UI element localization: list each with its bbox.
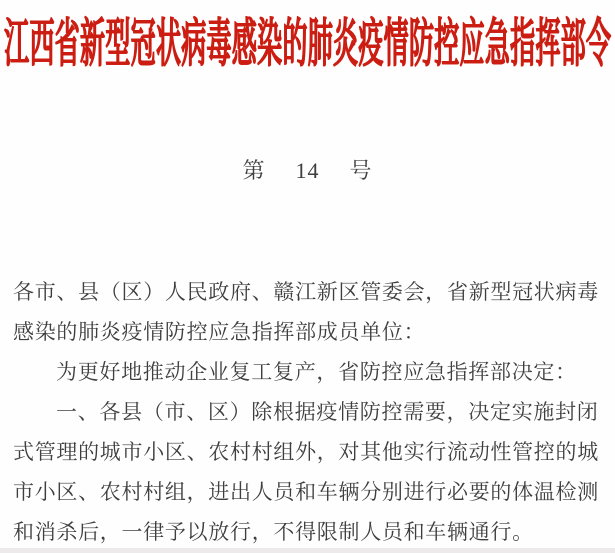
order-number: 第14号	[0, 155, 615, 187]
body-line-2: 感染的肺炎疫情防控应急指挥部成员单位：	[13, 312, 605, 352]
order-number-value: 14	[296, 158, 320, 183]
body-line-5: 式管理的城市小区、农村村组外，对其他实行流动性管控的城	[13, 432, 605, 472]
document-body: 各市、县（区）人民政府、赣江新区管委会，省新型冠状病毒 感染的肺炎疫情防控应急指…	[13, 272, 605, 552]
body-line-7: 和消杀后，一律予以放行，不得限制人员和车辆通行。	[13, 512, 605, 552]
document-page: 江西省新型冠状病毒感染的肺炎疫情防控应急指挥部令 第14号 各市、县（区）人民政…	[0, 0, 615, 553]
body-line-3: 为更好地推动企业复工复产，省防控应急指挥部决定：	[13, 352, 605, 392]
order-number-prefix: 第	[242, 158, 265, 183]
body-line-4: 一、各县（市、区）除根据疫情防控需要，决定实施封闭	[13, 392, 605, 432]
body-line-1: 各市、县（区）人民政府、赣江新区管委会，省新型冠状病毒	[13, 272, 605, 312]
document-title: 江西省新型冠状病毒感染的肺炎疫情防控应急指挥部令	[0, 17, 615, 74]
order-number-suffix: 号	[350, 158, 373, 183]
body-line-6: 市小区、农村村组，进出人员和车辆分别进行必要的体温检测	[13, 472, 605, 512]
